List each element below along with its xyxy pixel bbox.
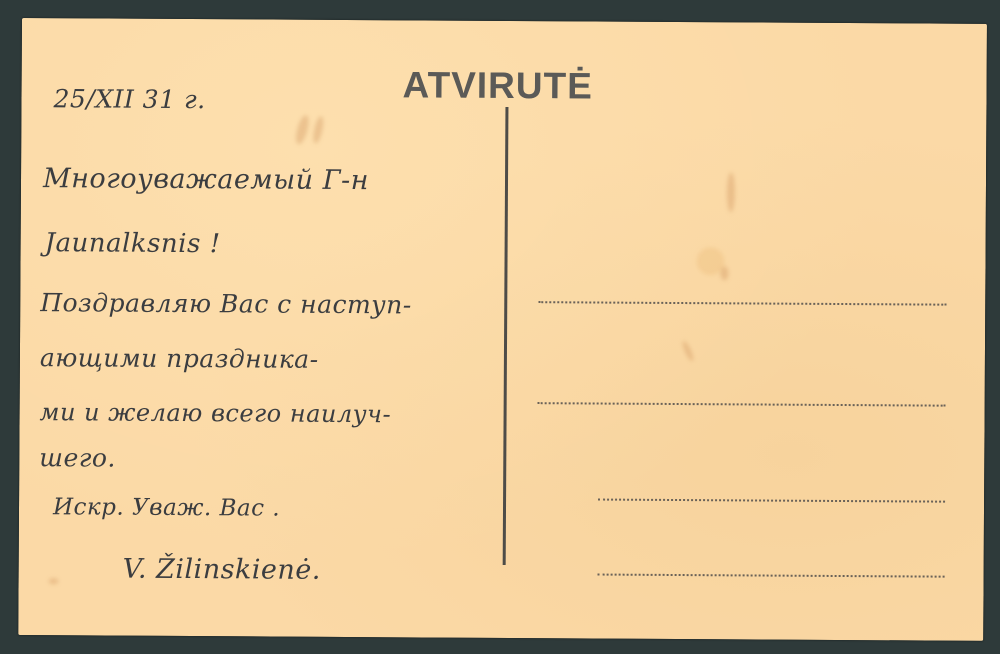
stain [294, 114, 312, 146]
address-line-1 [538, 301, 946, 305]
divider-line [503, 107, 509, 565]
stain [720, 266, 728, 280]
handwritten-line: ающими праздника- [40, 343, 319, 374]
stain [727, 172, 735, 212]
handwritten-line: Искр. Уваж. Вас . [53, 494, 280, 521]
handwritten-line: шего. [39, 443, 116, 472]
handwritten-line: Поздравляю Вас с наступ- [40, 288, 412, 319]
address-line-4 [598, 574, 945, 578]
postcard-title: ATVIRUTĖ [402, 64, 593, 107]
handwritten-date: 25/XII 31 г. [53, 84, 205, 114]
address-line-3 [598, 499, 945, 503]
handwritten-line: Многоуважаемый Г-н [43, 163, 369, 196]
stain [681, 340, 696, 362]
handwritten-line: Jaunalksnis ! [45, 228, 221, 259]
stain [49, 578, 59, 584]
postcard: ATVIRUTĖ 25/XII 31 г. Многоуважаемый Г-н… [18, 18, 987, 641]
handwritten-signature: V. Žilinskienė. [123, 554, 321, 586]
stain [311, 115, 325, 144]
handwritten-line: ми и желаю всего наилуч- [40, 398, 392, 428]
address-line-2 [538, 402, 946, 406]
